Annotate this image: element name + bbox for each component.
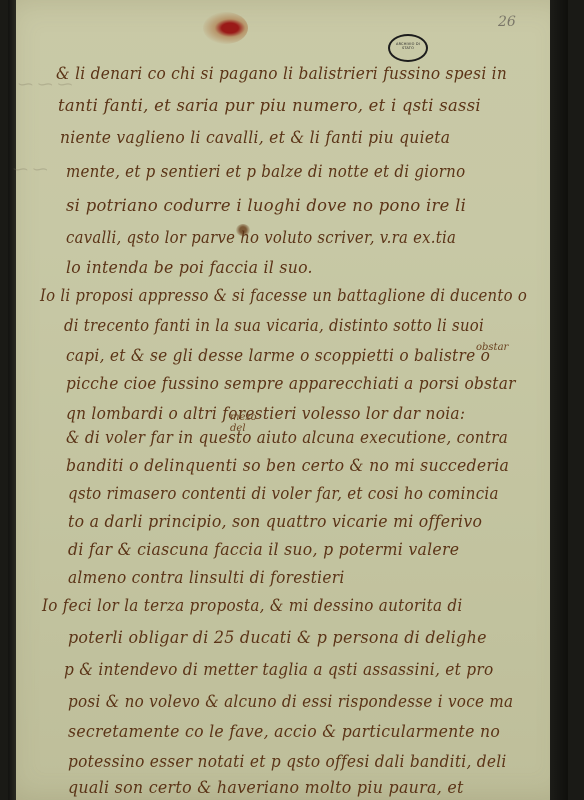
manuscript-line: posi & no volevo & alcuno di essi rispon… bbox=[68, 692, 513, 711]
manuscript-line: to a darli principio, son quattro vicari… bbox=[68, 512, 482, 531]
bleed-through-text: ⁓ ⁓ bbox=[13, 160, 48, 178]
red-wax-stain bbox=[203, 12, 248, 44]
manuscript-line: Io feci lor la terza proposta, & mi dess… bbox=[42, 596, 463, 615]
manuscript-line: potessino esser notati et p qsto offesi … bbox=[68, 752, 507, 771]
manuscript-line: secretamente co le fave, accio & particu… bbox=[68, 722, 500, 741]
archive-stamp: ARCHIVIO DI STATO bbox=[388, 34, 428, 62]
manuscript-line: niente vaglieno li cavalli, et & li fant… bbox=[60, 128, 450, 147]
manuscript-line: almeno contra linsulti di forestieri bbox=[68, 568, 345, 587]
manuscript-line: di far & ciascuna faccia il suo, p poter… bbox=[68, 540, 459, 559]
manuscript-line: lo intenda be poi faccia il suo. bbox=[66, 258, 313, 277]
manuscript-line: mente, et p sentieri et p balze di notte… bbox=[66, 162, 465, 181]
archive-stamp-text: ARCHIVIO DI STATO bbox=[390, 42, 426, 50]
page-left-edge-shadow bbox=[8, 0, 16, 800]
manuscript-line: qn lombardi o altri forestieri volesso l… bbox=[66, 404, 465, 423]
folio-number: 26 bbox=[498, 14, 516, 30]
manuscript-line: & li denari co chi si pagano li balistri… bbox=[56, 64, 507, 83]
manuscript-line: quali son certo & haveriano molto piu pa… bbox=[68, 778, 464, 797]
interlinear-note: obstar bbox=[476, 342, 508, 353]
manuscript-line: tanti fanti, et saria pur piu numero, et… bbox=[58, 96, 481, 115]
manuscript-line: di trecento fanti in la sua vicaria, dis… bbox=[64, 316, 484, 335]
manuscript-line: capi, et & se gli desse larme o scoppiet… bbox=[66, 346, 490, 365]
manuscript-page: ARCHIVIO DI STATO 26 ⁓ ⁓ ⁓ ⁓ ⁓ & li dena… bbox=[8, 0, 568, 800]
manuscript-line: & di voler far in questo aiuto alcuna ex… bbox=[66, 428, 508, 447]
manuscript-line: cavalli, qsto lor parve ho voluto scrive… bbox=[66, 228, 456, 247]
manuscript-line: qsto rimasero contenti di voler far, et … bbox=[68, 484, 499, 503]
manuscript-line: picche cioe fussino sempre apparecchiati… bbox=[66, 374, 516, 393]
manuscript-line: Io li proposi appresso & si facesse un b… bbox=[40, 286, 527, 305]
manuscript-line: si potriano codurre i luoghi dove no pon… bbox=[66, 196, 466, 215]
page-right-edge-shadow bbox=[550, 0, 568, 800]
manuscript-line: banditi o delinquenti so ben certo & no … bbox=[66, 456, 509, 475]
manuscript-line: p & intendevo di metter taglia a qsti as… bbox=[64, 660, 494, 679]
manuscript-line: poterli obligar di 25 ducati & p persona… bbox=[68, 628, 487, 647]
